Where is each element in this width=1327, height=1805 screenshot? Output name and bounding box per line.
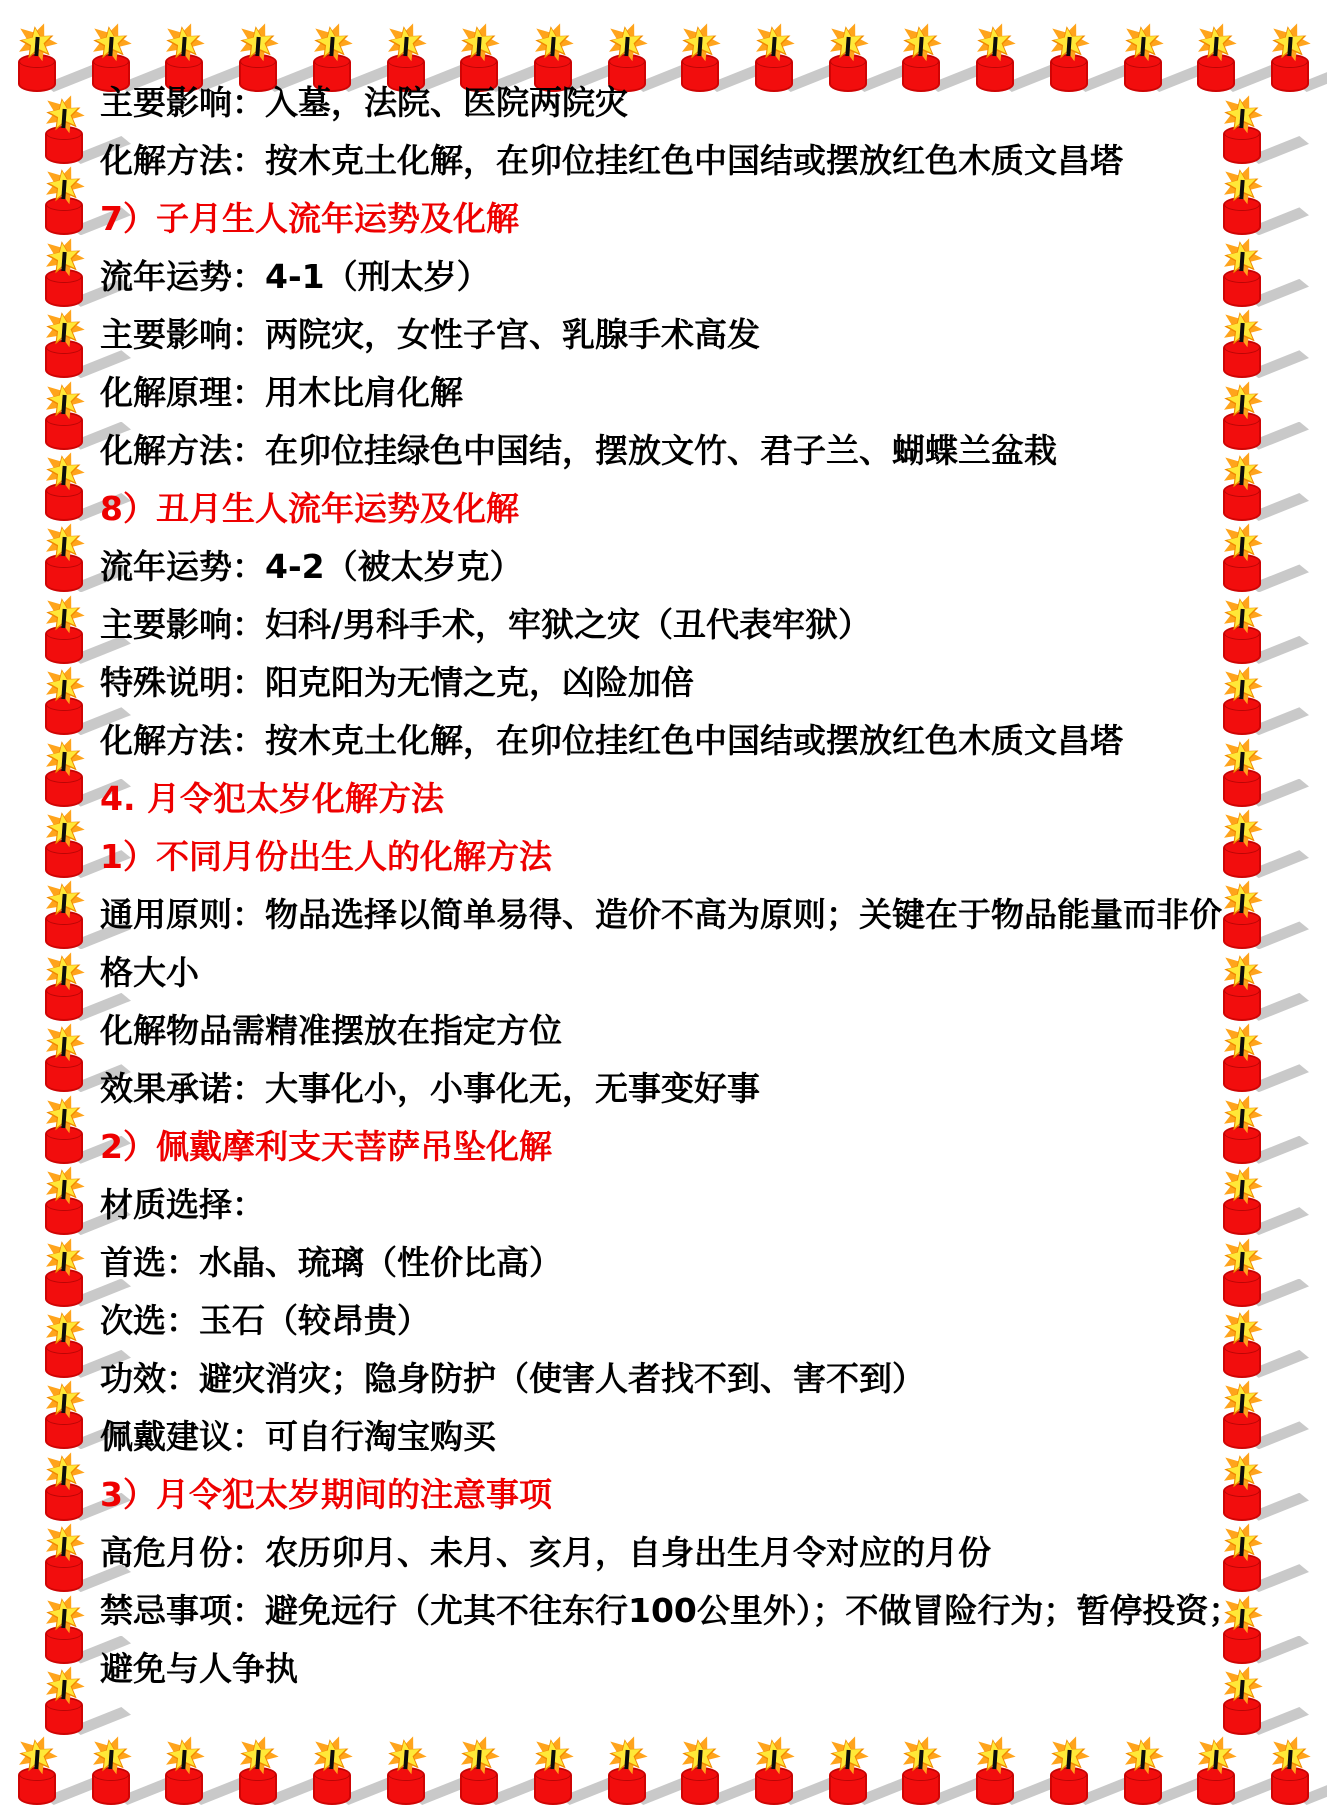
firecracker-icon (825, 1737, 871, 1805)
firecracker-icon (972, 1737, 1018, 1805)
firecracker-icon (41, 239, 87, 309)
firecracker-icon (41, 667, 87, 737)
text-line: 禁忌事项：避免远行（尤其不往东行100公里外）；不做冒险行为；暂停投资； (100, 1582, 1240, 1640)
firecracker-body (902, 1767, 940, 1805)
firecracker-icon (88, 1737, 134, 1805)
text-line: 格大小 (100, 944, 1240, 1002)
firecracker-icon (41, 596, 87, 666)
firecracker-body (1197, 1767, 1235, 1805)
firecracker-icon (41, 810, 87, 880)
firecracker-icon (41, 524, 87, 594)
fuse-line (624, 37, 629, 56)
firecracker-body (1271, 1767, 1309, 1805)
firecracker-icon (14, 24, 60, 94)
firecracker-icon (41, 167, 87, 237)
firecracker-body (45, 1697, 83, 1735)
firecracker-icon (530, 1737, 576, 1805)
section-heading: 4. 月令犯太岁化解方法 (100, 770, 1240, 828)
firecracker-icon (1120, 1737, 1166, 1805)
firecracker-icon (14, 1737, 60, 1805)
firecracker-icon (41, 953, 87, 1023)
firecracker-body (239, 1767, 277, 1805)
firecracker-body (45, 911, 83, 949)
firecracker-icon (604, 1737, 650, 1805)
fuse-line (403, 1750, 408, 1769)
section-heading: 7）子月生人流年运势及化解 (100, 190, 1240, 248)
text-line: 佩戴建议：可自行淘宝购买 (100, 1408, 1240, 1466)
firecracker-body (829, 1767, 867, 1805)
firecracker-body (45, 1483, 83, 1521)
firecracker-body (18, 54, 56, 92)
text-line: 特殊说明：阳克阳为无情之克，凶险加倍 (100, 654, 1240, 712)
firecracker-icon (41, 453, 87, 523)
section-heading: 8）丑月生人流年运势及化解 (100, 480, 1240, 538)
text-line: 避免与人争执 (100, 1640, 1240, 1698)
section-heading: 3）月令犯太岁期间的注意事项 (100, 1466, 1240, 1524)
firecracker-icon (41, 739, 87, 809)
firecracker-body (45, 269, 83, 307)
firecracker-body (1124, 1767, 1162, 1805)
firecracker-body (45, 769, 83, 807)
document-body: 主要影响：入墓，法院、医院两院灾化解方法：按木克土化解，在卯位挂红色中国结或摆放… (100, 74, 1240, 1698)
firecracker-body (45, 840, 83, 878)
firecracker-body (45, 1269, 83, 1307)
firecracker-body (45, 1626, 83, 1664)
text-line: 化解方法：按木克土化解，在卯位挂红色中国结或摆放红色木质文昌塔 (100, 712, 1240, 770)
firecracker-icon (41, 1024, 87, 1094)
section-heading: 2）佩戴摩利支天菩萨吊坠化解 (100, 1118, 1240, 1176)
firecracker-border-bottom (0, 1737, 1327, 1805)
text-line: 化解方法：按木克土化解，在卯位挂红色中国结或摆放红色木质文昌塔 (100, 132, 1240, 190)
firecracker-body (45, 483, 83, 521)
firecracker-icon (41, 1453, 87, 1523)
firecracker-icon (41, 881, 87, 951)
firecracker-icon (161, 1737, 207, 1805)
firecracker-body (45, 126, 83, 164)
firecracker-body (534, 1767, 572, 1805)
text-line: 化解物品需精准摆放在指定方位 (100, 1002, 1240, 1060)
firecracker-body (681, 1767, 719, 1805)
firecracker-body (45, 1411, 83, 1449)
text-line: 效果承诺：大事化小，小事化无，无事变好事 (100, 1060, 1240, 1118)
firecracker-icon (383, 1737, 429, 1805)
firecracker-border-left (41, 96, 87, 1737)
text-line: 化解原理：用木比肩化解 (100, 364, 1240, 422)
text-line: 流年运势：4-1（刑太岁） (100, 248, 1240, 306)
firecracker-icon (456, 1737, 502, 1805)
firecracker-icon (1267, 24, 1313, 94)
text-line: 材质选择： (100, 1176, 1240, 1234)
text-line: 主要影响：妇科/男科手术，牢狱之灾（丑代表牢狱） (100, 596, 1240, 654)
firecracker-body (45, 1054, 83, 1092)
firecracker-icon (41, 1524, 87, 1594)
firecracker-body (45, 412, 83, 450)
text-line: 流年运势：4-2（被太岁克） (100, 538, 1240, 596)
firecracker-body (45, 1554, 83, 1592)
firecracker-icon (1193, 1737, 1239, 1805)
fuse-line (1140, 37, 1145, 56)
firecracker-icon (309, 1737, 355, 1805)
firecracker-icon (677, 1737, 723, 1805)
text-line: 首选：水晶、琉璃（性价比高） (100, 1234, 1240, 1292)
firecracker-body (976, 1767, 1014, 1805)
firecracker-body (1050, 1767, 1088, 1805)
firecracker-body (45, 697, 83, 735)
firecracker-icon (41, 1096, 87, 1166)
firecracker-body (45, 1197, 83, 1235)
section-heading: 1）不同月份出生人的化解方法 (100, 828, 1240, 886)
firecracker-body (45, 554, 83, 592)
firecracker-body (45, 197, 83, 235)
firecracker-body (313, 1767, 351, 1805)
firecracker-icon (41, 1667, 87, 1737)
firecracker-body (45, 1340, 83, 1378)
firecracker-icon (41, 1381, 87, 1451)
text-line: 化解方法：在卯位挂绿色中国结，摆放文竹、君子兰、蝴蝶兰盆栽 (100, 422, 1240, 480)
firecracker-icon (1267, 1737, 1313, 1805)
firecracker-body (608, 1767, 646, 1805)
firecracker-icon (1046, 1737, 1092, 1805)
firecracker-body (45, 626, 83, 664)
firecracker-icon (751, 1737, 797, 1805)
text-line: 主要影响：入墓，法院、医院两院灾 (100, 74, 1240, 132)
firecracker-body (1223, 1697, 1261, 1735)
firecracker-icon (41, 310, 87, 380)
firecracker-body (755, 1767, 793, 1805)
text-line: 功效：避灾消灾；隐身防护（使害人者找不到、害不到） (100, 1350, 1240, 1408)
text-line: 次选：玉石（较昂贵） (100, 1292, 1240, 1350)
firecracker-body (18, 1767, 56, 1805)
firecracker-icon (898, 1737, 944, 1805)
firecracker-body (387, 1767, 425, 1805)
fuse-line (624, 1750, 629, 1769)
firecracker-body (92, 1767, 130, 1805)
firecracker-icon (41, 1239, 87, 1309)
text-line: 主要影响：两院灾，女性子宫、乳腺手术高发 (100, 306, 1240, 364)
firecracker-icon (41, 96, 87, 166)
document-page: 主要影响：入墓，法院、医院两院灾化解方法：按木克土化解，在卯位挂红色中国结或摆放… (0, 0, 1327, 1805)
firecracker-icon (41, 1596, 87, 1666)
text-line: 通用原则：物品选择以简单易得、造价不高为原则；关键在于物品能量而非价 (100, 886, 1240, 944)
fuse-line (1140, 1750, 1145, 1769)
firecracker-icon (41, 1167, 87, 1237)
firecracker-body (1271, 54, 1309, 92)
firecracker-icon (41, 1310, 87, 1380)
firecracker-body (45, 340, 83, 378)
text-line: 高危月份：农历卯月、未月、亥月，自身出生月令对应的月份 (100, 1524, 1240, 1582)
firecracker-body (45, 1126, 83, 1164)
firecracker-icon (41, 382, 87, 452)
firecracker-body (45, 983, 83, 1021)
firecracker-body (165, 1767, 203, 1805)
firecracker-body (460, 1767, 498, 1805)
fuse-line (403, 37, 408, 56)
firecracker-icon (235, 1737, 281, 1805)
